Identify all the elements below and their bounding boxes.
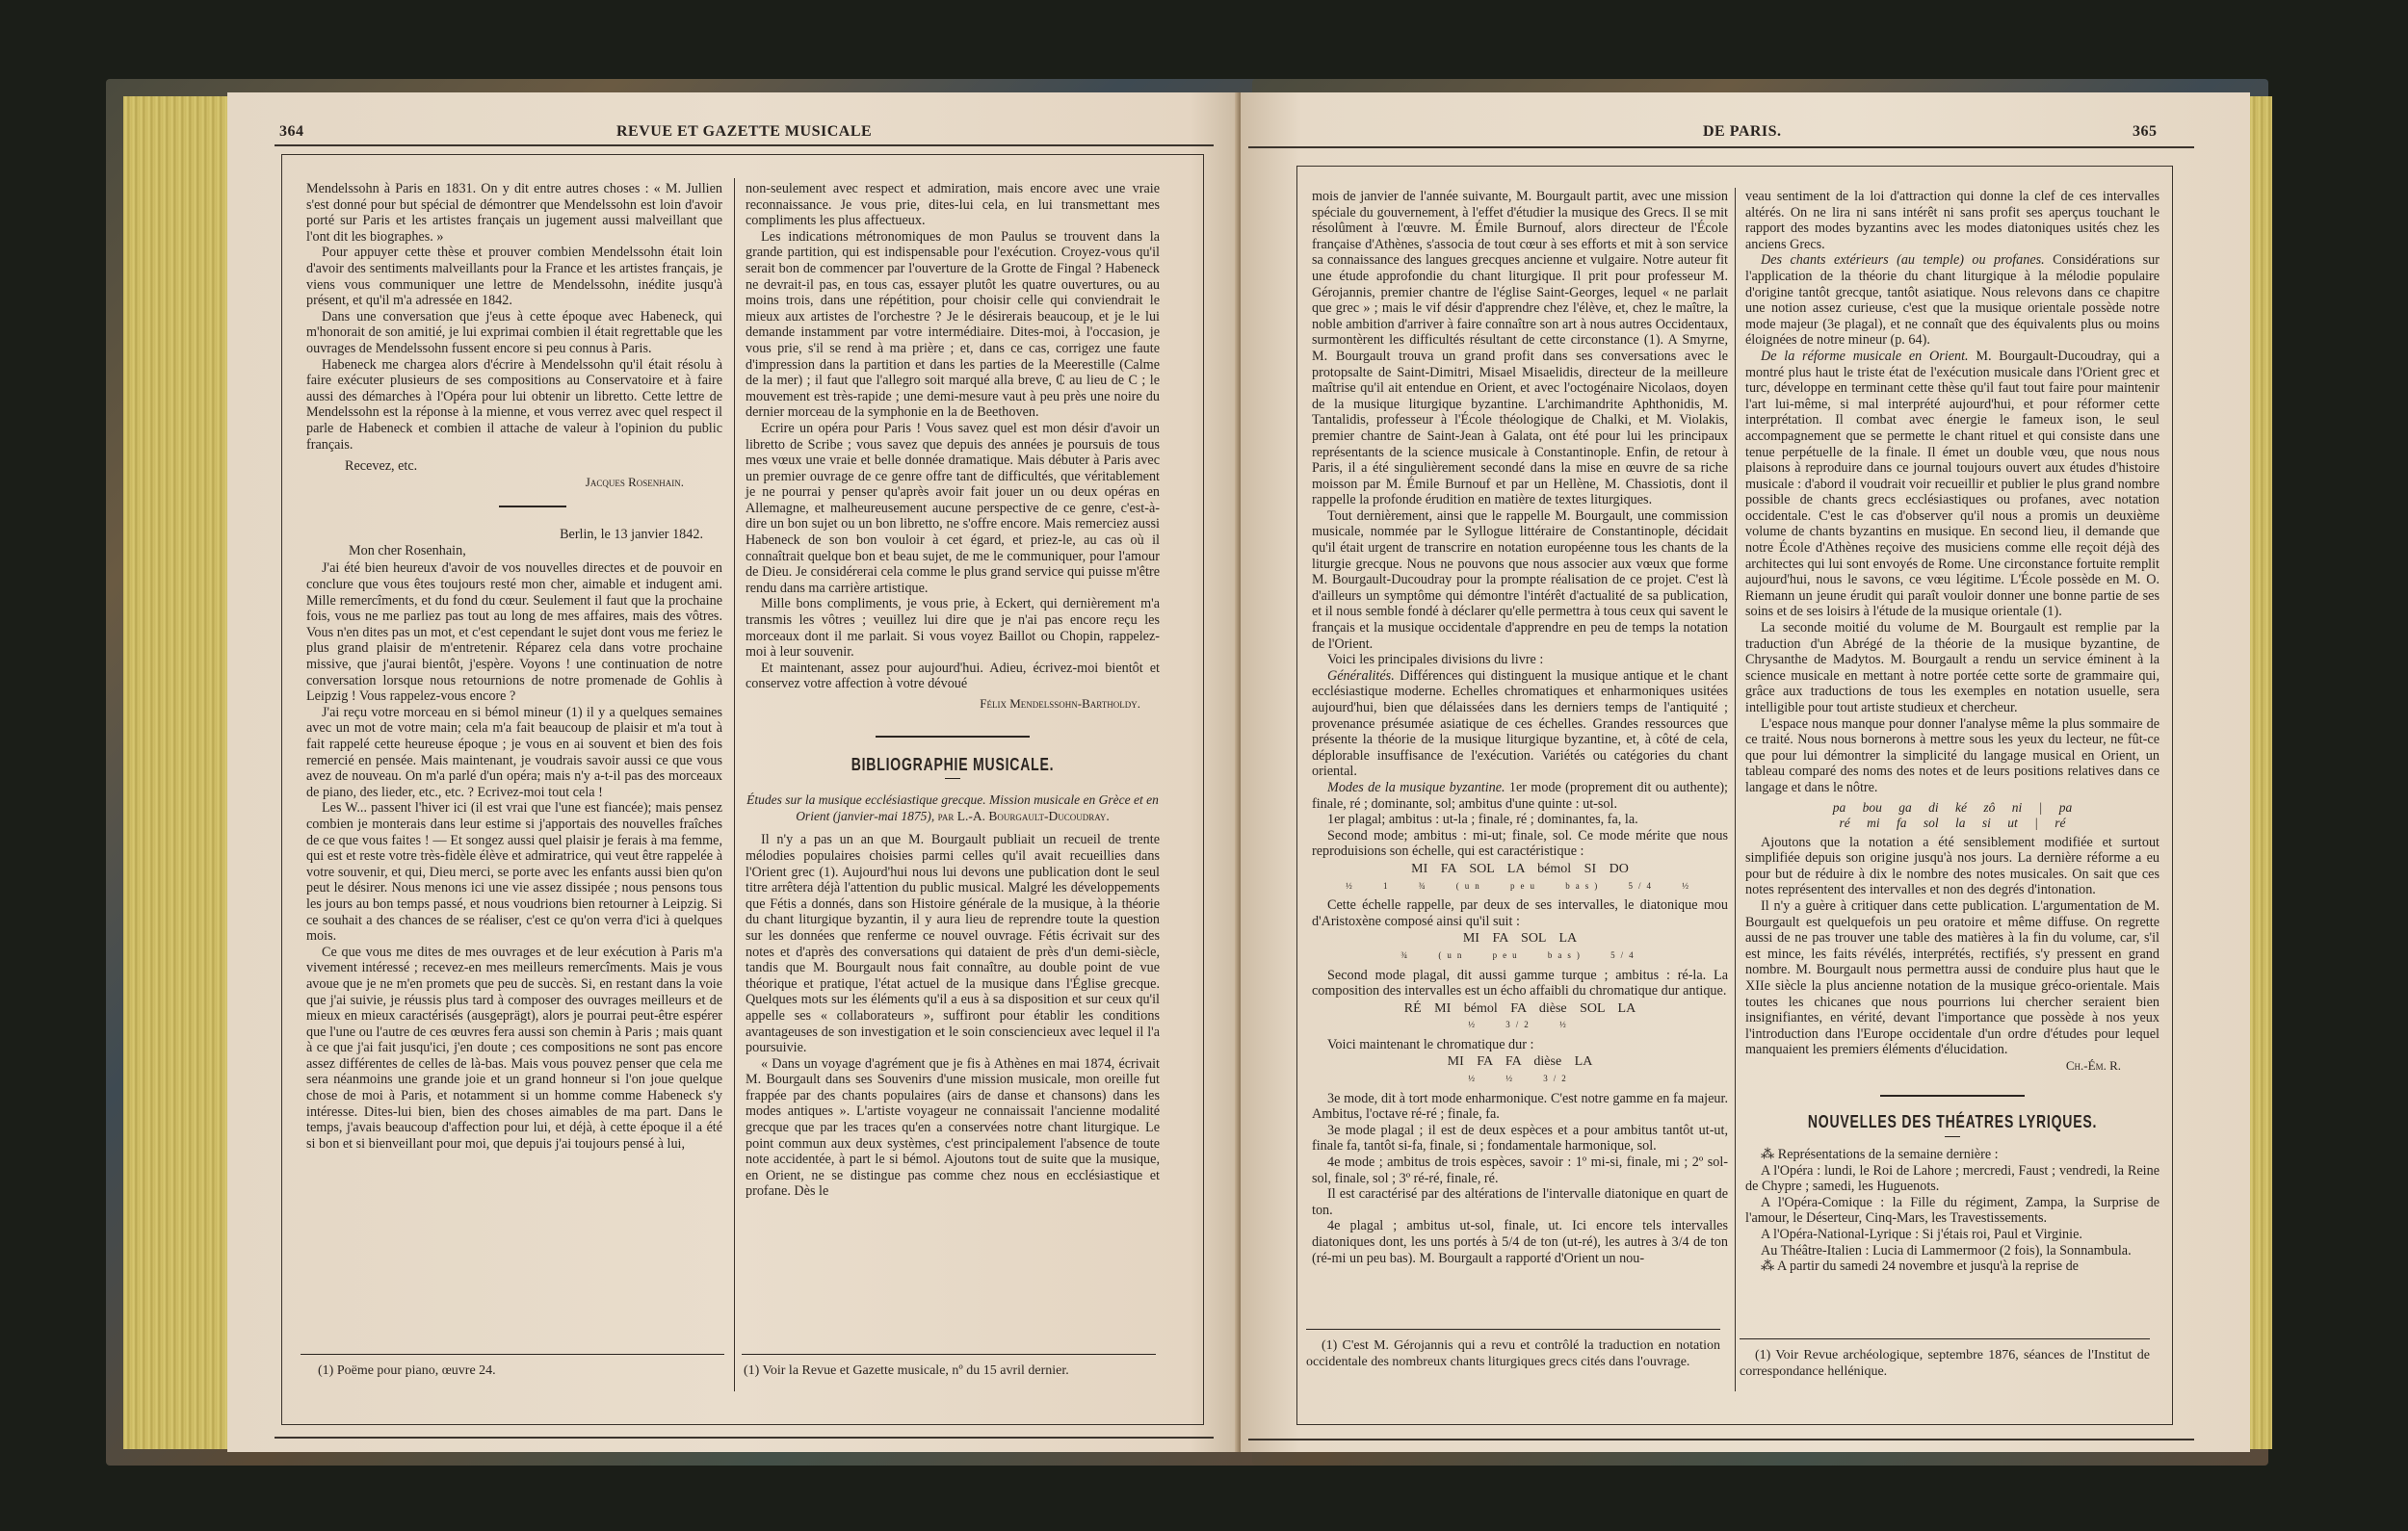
- footnote-rule: [1306, 1329, 1720, 1330]
- paragraph: Tout dernièrement, ainsi que le rappelle…: [1312, 508, 1728, 652]
- footnote: (1) C'est M. Gérojannis qui a revu et co…: [1306, 1338, 1720, 1370]
- page-number-right: 365: [2133, 123, 2158, 141]
- paragraph: 3e mode plagal ; il est de deux espèces …: [1312, 1123, 1728, 1155]
- paragraph: Pour appuyer cette thèse et prouver comb…: [306, 245, 722, 308]
- footnote: (1) Voir Revue archéologique, septembre …: [1740, 1348, 2150, 1380]
- paragraph: Dans une conversation que j'eus à cette …: [306, 309, 722, 357]
- paragraph: Ecrire un opéra pour Paris ! Vous savez …: [746, 421, 1160, 597]
- paragraph: Voici les principales divisions du livre…: [1312, 652, 1728, 668]
- paragraph: 4e plagal ; ambitus ut-sol, finale, ut. …: [1312, 1218, 1728, 1266]
- paragraph: Mendelssohn à Paris en 1831. On y dit en…: [306, 181, 722, 245]
- paragraph: Il n'y a guère à critiquer dans cette pu…: [1745, 898, 2159, 1058]
- paragraph: Ce que vous me dites de mes ouvrages et …: [306, 945, 722, 1153]
- paragraph: Modes de la musique byzantine. 1er mode …: [1312, 780, 1728, 812]
- salutation: Mon cher Rosenhain,: [306, 543, 722, 559]
- news-item: ⁂ A partir du samedi 24 novembre et jusq…: [1745, 1259, 2159, 1275]
- paragraph: Second mode plagal, dit aussi gamme turq…: [1312, 968, 1728, 999]
- right-page-column-1: mois de janvier de l'année suivante, M. …: [1312, 189, 1728, 1266]
- paragraph: Les W... passent l'hiver ici (il est vra…: [306, 800, 722, 944]
- section-title: BIBLIOGRAPHIE MUSICALE.: [791, 757, 1113, 773]
- paragraph: J'ai été bien heureux d'avoir de vos nou…: [306, 560, 722, 704]
- paragraph: Second mode; ambitus : mi-ut; finale, so…: [1312, 828, 1728, 860]
- paragraph: « Dans un voyage d'agrément que je fis à…: [746, 1056, 1160, 1200]
- page-number-left: 364: [279, 123, 304, 141]
- paragraph: 1er plagal; ambitus : ut-la ; finale, ré…: [1312, 812, 1728, 828]
- footnote: (1) Poëme pour piano, œuvre 24.: [318, 1363, 722, 1380]
- latin-note-names: ré mi fa sol la si ut | ré: [1745, 816, 2159, 831]
- running-head-left: REVUE ET GAZETTE MUSICALE: [616, 123, 872, 141]
- paragraph: Il est caractérisé par des altérations d…: [1312, 1186, 1728, 1218]
- paragraph: De la réforme musicale en Orient. M. Bou…: [1745, 349, 2159, 620]
- news-item: ⁂ Représentations de la semaine dernière…: [1745, 1147, 2159, 1163]
- paragraph: mois de janvier de l'année suivante, M. …: [1312, 189, 1728, 508]
- paragraph: J'ai reçu votre morceau en si bémol mine…: [306, 705, 722, 801]
- paragraph: Mille bons compliments, je vous prie, à …: [746, 596, 1160, 660]
- greek-note-names: pa bou ga di ké zô ni | pa: [1745, 800, 2159, 816]
- news-item: A l'Opéra-Comique : la Fille du régiment…: [1745, 1195, 2159, 1227]
- separator-rule: [1880, 1095, 2025, 1097]
- separator-dash: [1945, 1136, 1960, 1137]
- book-author: par L.-A. Bourgault-Ducoudray.: [938, 809, 1110, 823]
- paragraph: 4e mode ; ambitus de trois espèces, savo…: [1312, 1155, 1728, 1186]
- dateline: Berlin, le 13 janvier 1842.: [306, 527, 722, 543]
- paragraph: veau sentiment de la loi d'attraction qu…: [1745, 189, 2159, 252]
- running-head-right: DE PARIS.: [1703, 123, 1782, 141]
- signature: Félix Mendelssohn-Bartholdy.: [746, 696, 1160, 713]
- paragraph: Les indications métronomiques de mon Pau…: [746, 229, 1160, 421]
- scale-second-plagal: RÉ MI bémol FA dièse SOL LA½ 3/2 ½: [1312, 1001, 1728, 1033]
- column-divider-right: [1735, 188, 1736, 1391]
- footnote-rule: [742, 1354, 1156, 1355]
- right-page-column-2: veau sentiment de la loi d'attraction qu…: [1745, 189, 2159, 1275]
- paragraph: Il n'y a pas un an que M. Bourgault publ…: [746, 832, 1160, 1055]
- column-divider-left: [734, 178, 735, 1391]
- separator-dash: [945, 778, 960, 779]
- section-title: NOUVELLES DES THÉATRES LYRIQUES.: [1791, 1114, 2113, 1130]
- paragraph: La seconde moitié du volume de M. Bourga…: [1745, 620, 2159, 716]
- page-edges-left: [123, 96, 229, 1449]
- footnote: (1) Voir la Revue et Gazette musicale, n…: [744, 1363, 1158, 1380]
- news-item: A l'Opéra : lundi, le Roi de Lahore ; me…: [1745, 1163, 2159, 1195]
- footnote-rule: [301, 1354, 724, 1355]
- paragraph: Et maintenant, assez pour aujourd'hui. A…: [746, 661, 1160, 692]
- left-page-column-1: Mendelssohn à Paris en 1831. On y dit en…: [306, 181, 722, 1152]
- paragraph: Voici maintenant le chromatique dur :: [1312, 1037, 1728, 1053]
- footnote-rule: [1740, 1338, 2150, 1339]
- paragraph: Habeneck me chargea alors d'écrire à Men…: [306, 357, 722, 454]
- separator-rule: [876, 736, 1030, 738]
- news-item: A l'Opéra-National-Lyrique : Si j'étais …: [1745, 1227, 2159, 1243]
- paragraph: Cette échelle rappelle, par deux de ses …: [1312, 897, 1728, 929]
- scale-chromatic-dur: MI FA FA dièse LA½ ½ 3/2: [1312, 1054, 1728, 1086]
- news-item: Au Théâtre-Italien : Lucia di Lammermoor…: [1745, 1243, 2159, 1259]
- paragraph: L'espace nous manque pour donner l'analy…: [1745, 716, 2159, 796]
- separator-rule: [499, 506, 566, 507]
- paragraph: Généralités. Différences qui distinguent…: [1312, 668, 1728, 780]
- paragraph: non-seulement avec respect et admiration…: [746, 181, 1160, 229]
- scale-aristoxenus: MI FA SOL LA¾ (un peu bas) 5/4: [1312, 931, 1728, 963]
- scale-second-mode: MI FA SOL LA bémol SI DO½ 1 ¾ (un peu ba…: [1312, 862, 1728, 894]
- signature: Jacques Rosenhain.: [306, 475, 722, 491]
- left-page-column-2: non-seulement avec respect et admiration…: [746, 181, 1160, 1200]
- page-edges-right: [2249, 96, 2272, 1449]
- signature: Ch.-Ém. R.: [1745, 1058, 2159, 1075]
- paragraph: 3e mode, dit à tort mode enharmonique. C…: [1312, 1091, 1728, 1123]
- paragraph: Ajoutons que la notation a été sensiblem…: [1745, 835, 2159, 898]
- closing: Recevez, etc.: [306, 458, 722, 475]
- paragraph: Des chants extérieurs (au temple) ou pro…: [1745, 252, 2159, 349]
- note-names-table: pa bou ga di ké zô ni | pa ré mi fa sol …: [1745, 800, 2159, 831]
